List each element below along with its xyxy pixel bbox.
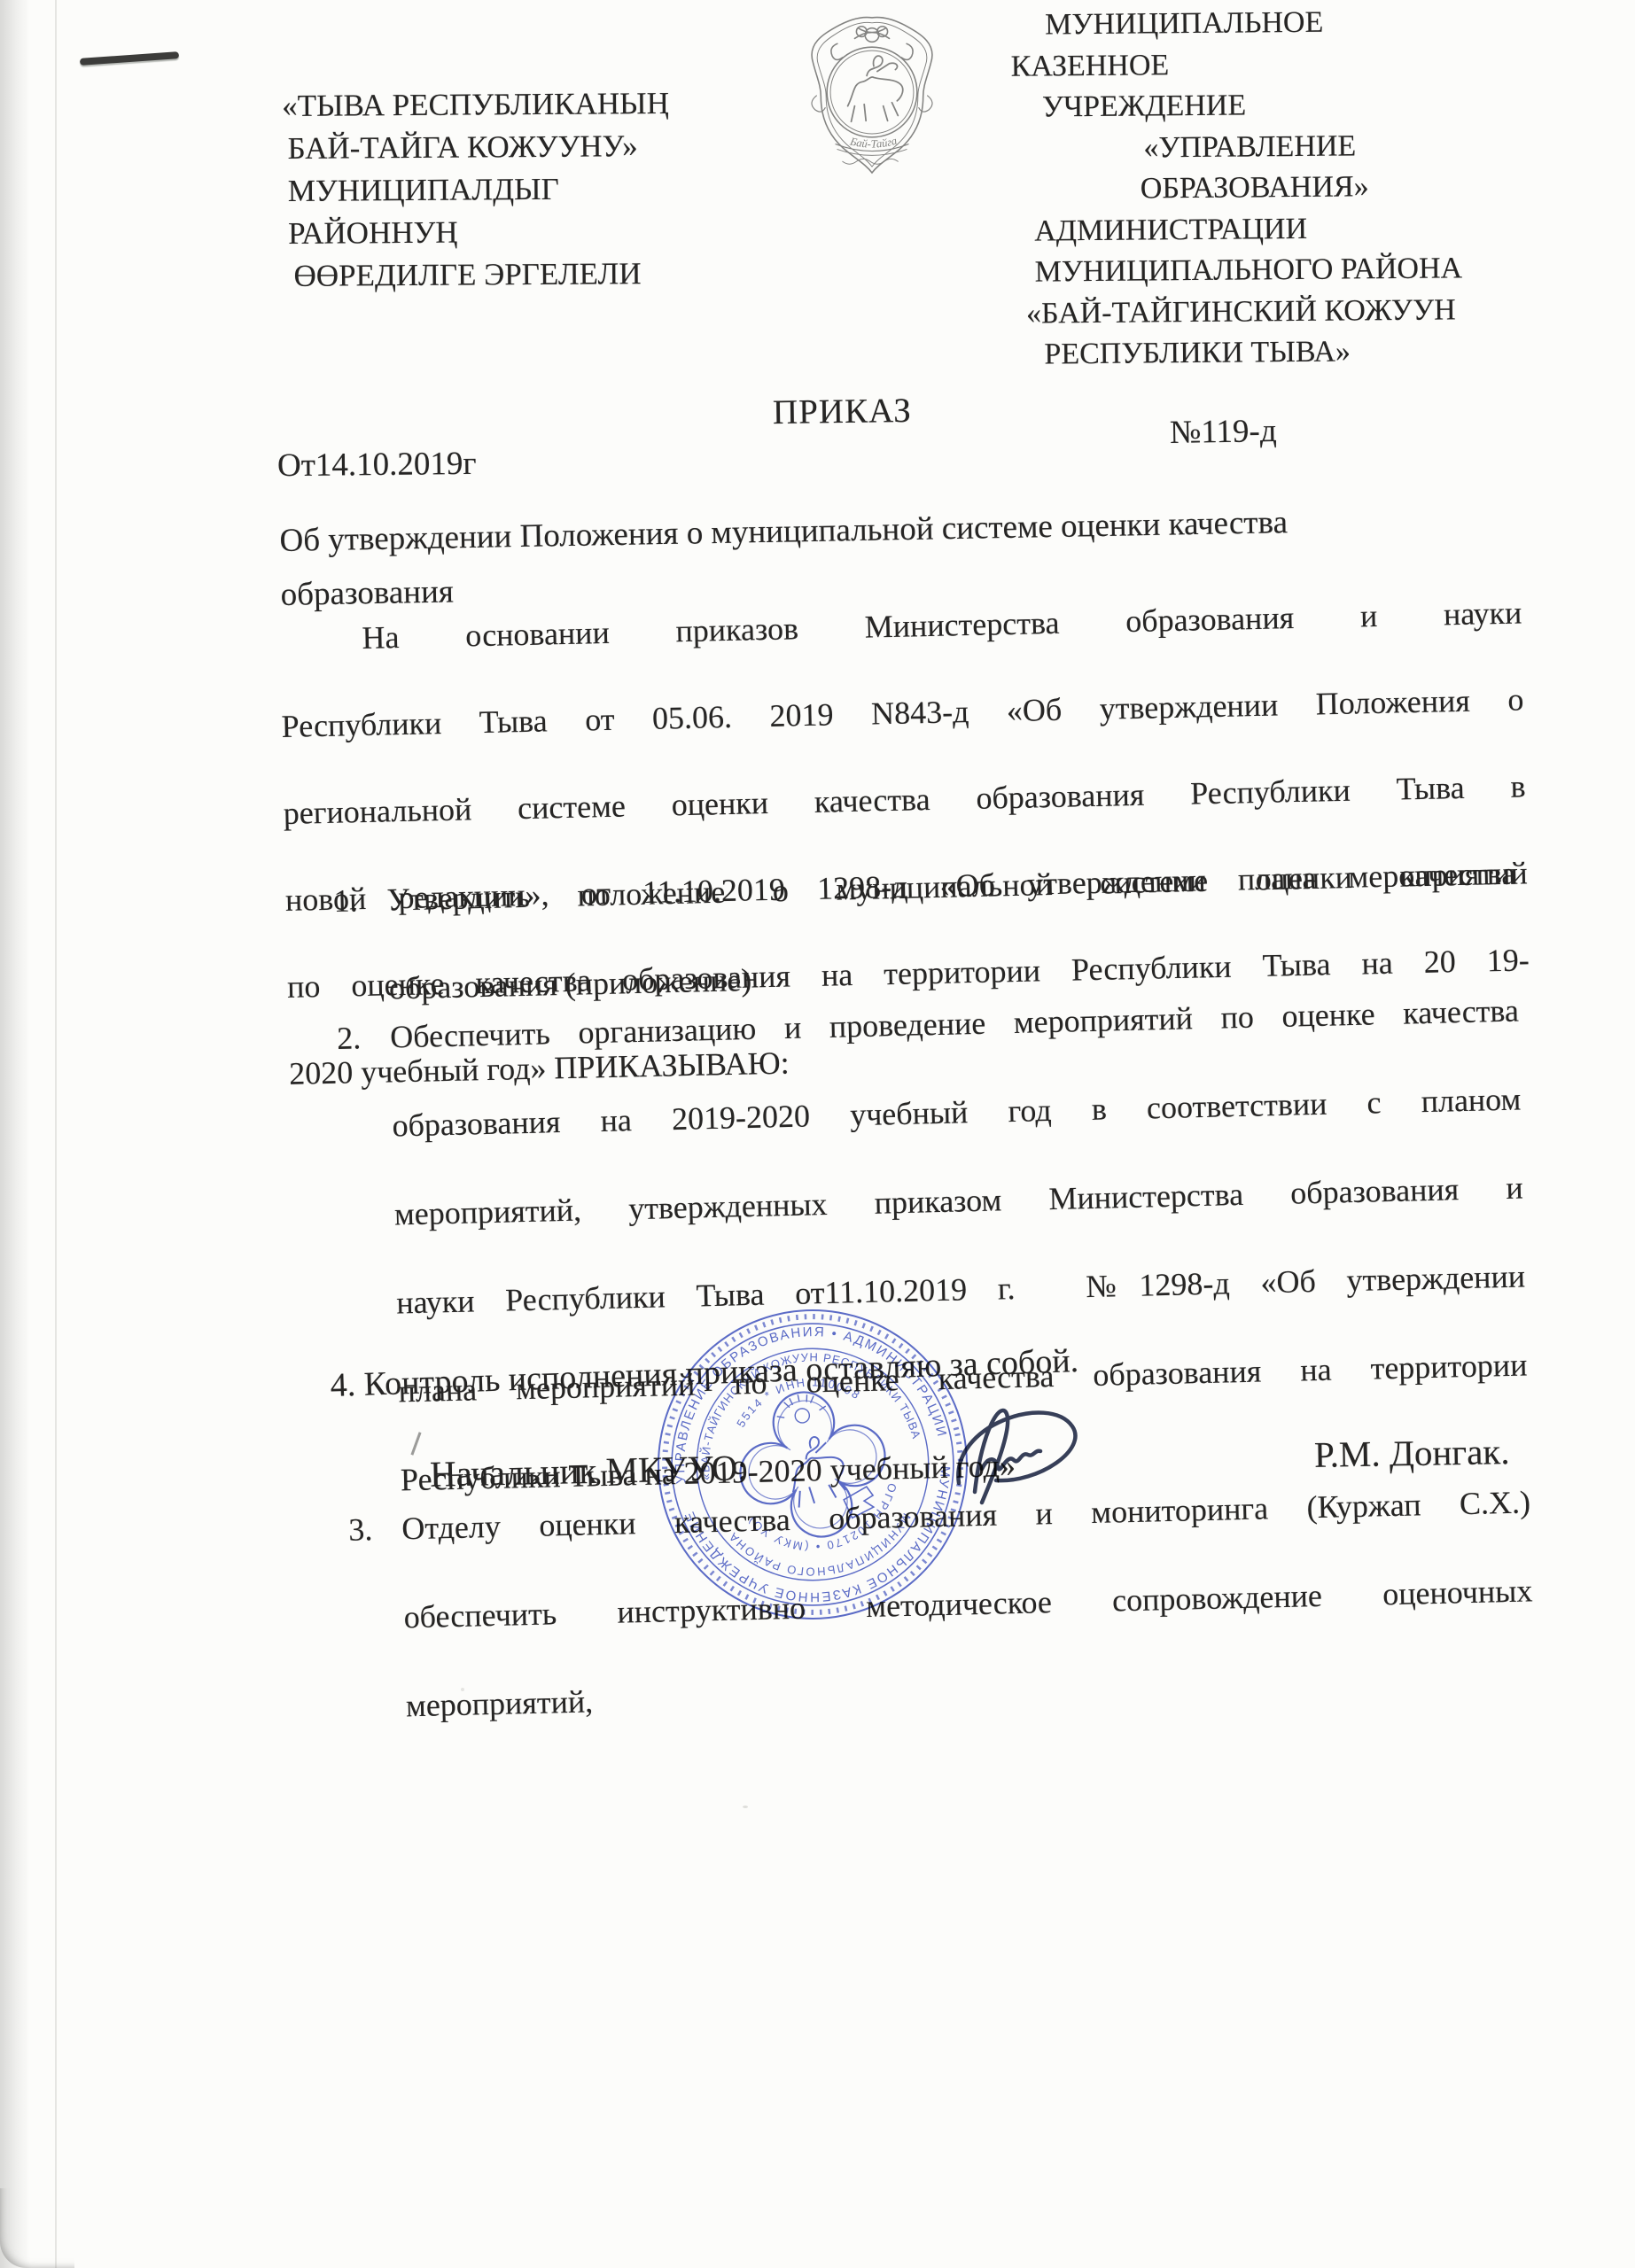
order-item-1: 1. Утвердить положение о муниципальной с… <box>333 851 1518 1012</box>
text-line: ӨӨРЕДИЛГЕ ЭРГЕЛЕЛИ <box>293 252 726 298</box>
org-name-tuvan: «ТЫВА РЕСПУБЛИКАНЫҢБАЙ-ТАЙГА КОЖУУНУ»МУН… <box>282 82 727 298</box>
org-name-russian: МУНИЦИПАЛЬНОЕКАЗЕННОЕУЧРЕЖДЕНИЕ«УПРАВЛЕН… <box>990 1 1543 377</box>
order-date: От14.10.2019г <box>277 445 477 485</box>
text-line: «ТЫВА РЕСПУБЛИКАНЫҢ <box>282 82 725 128</box>
text-line: РЕСПУБЛИКИ ТЫВА» <box>1044 330 1542 376</box>
scan-edge-line <box>55 0 57 2268</box>
handwritten-signature <box>897 1375 1124 1524</box>
signatory-name: Р.М. Донгак. <box>1314 1430 1510 1476</box>
text-line: «УПРАВЛЕНИЕ <box>1143 124 1540 168</box>
text-line: РАЙОННУҢ <box>288 210 726 255</box>
scan-speck <box>743 1806 748 1808</box>
document-page: «ТЫВА РЕСПУБЛИКАНЫҢБАЙ-ТАЙГА КОЖУУНУ»МУН… <box>0 0 1635 2268</box>
scan-corner <box>0 2188 74 2268</box>
text-line: АДМИНИСТРАЦИИ <box>1034 206 1541 252</box>
doc-title: ПРИКАЗ <box>773 391 912 432</box>
text-line: МУНИЦИПАЛДЫГ <box>288 167 726 213</box>
scan-left-edge <box>0 0 30 2268</box>
item-3-marker: 3. <box>348 1506 407 1728</box>
pen-mark <box>80 51 179 66</box>
order-number: №119-д <box>1170 412 1277 452</box>
item-1-text: Утвердить положение о муниципальной сист… <box>386 851 1518 1011</box>
item-1-marker: 1. <box>333 878 390 1012</box>
text-line: МУНИЦИПАЛЬНОГО РАЙОНА <box>1034 248 1541 293</box>
text-line: «БАЙ-ТАЙГИНСКИЙ КОЖУУН <box>1026 289 1542 335</box>
text-line: КАЗЕННОЕ <box>1010 42 1539 88</box>
text-line: ОБРАЗОВАНИЯ» <box>1141 166 1541 210</box>
text-line: БАЙ-ТАЙГА КОЖУУНУ» <box>287 125 725 170</box>
text-line: МУНИЦИПАЛЬНОЕ <box>1045 1 1539 46</box>
coat-of-arms-emblem: Бай-Тайга <box>794 7 950 181</box>
text-line: УЧРЕЖДЕНИЕ <box>1042 83 1540 128</box>
